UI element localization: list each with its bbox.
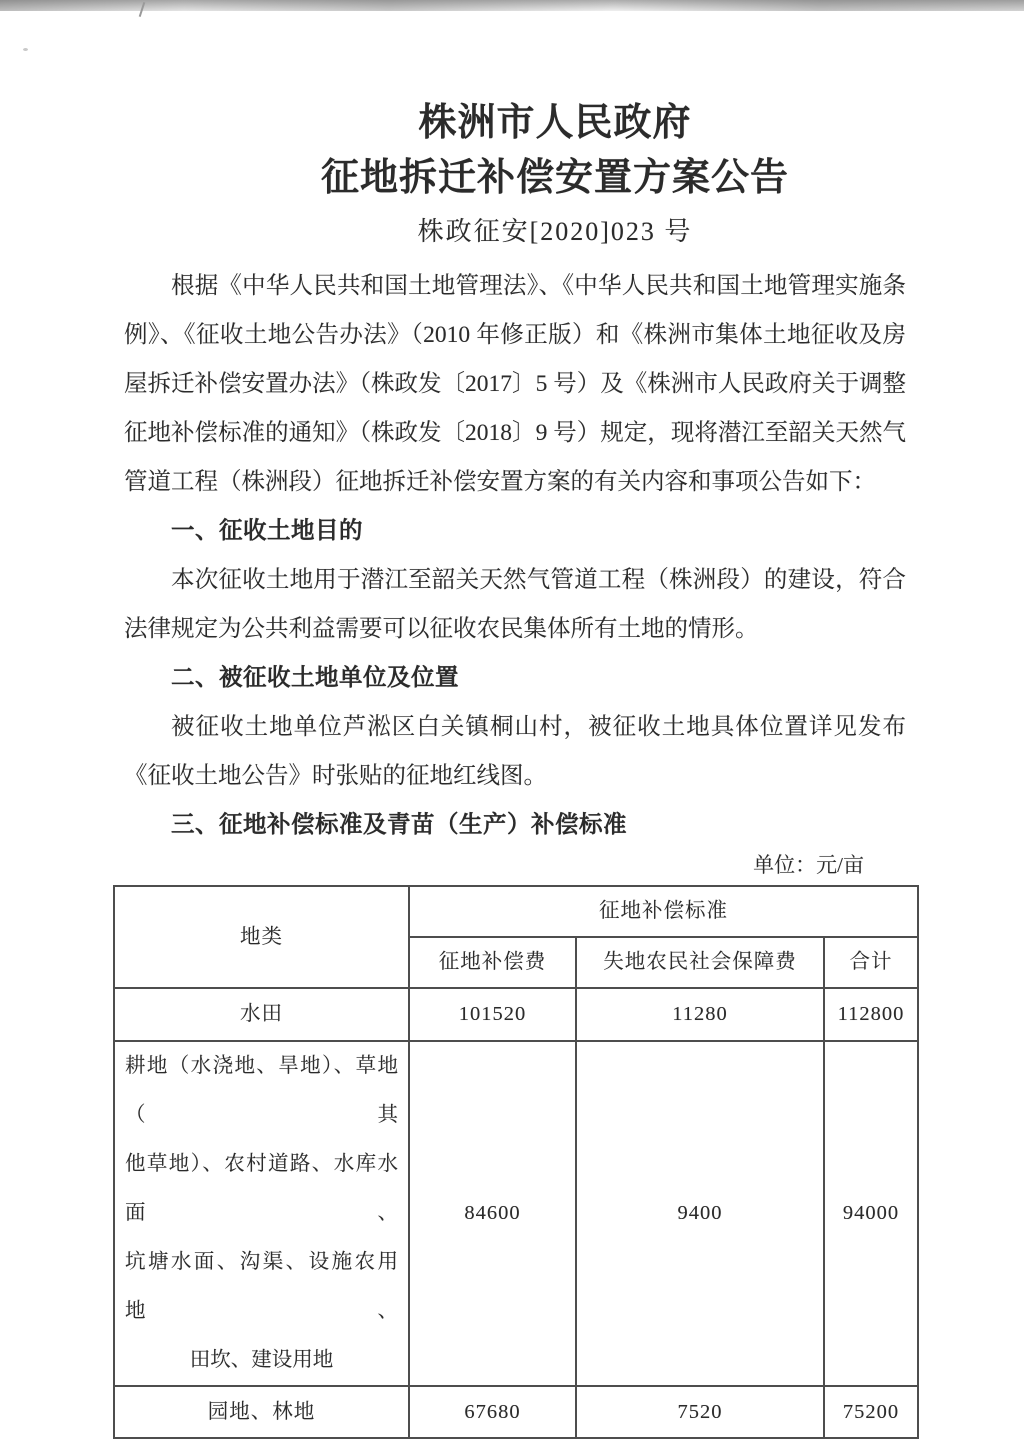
table-row-cultivated-land: 耕地（水浇地、旱地）、草地（其 他草地）、农村道路、水库水面、 坑塘水面、沟渠、… — [114, 1041, 918, 1386]
header-cell-compensation-standard: 征地补偿标准 — [409, 886, 918, 937]
land-type-line: 耕地（水浇地、旱地）、草地（其 — [125, 1042, 398, 1140]
scan-artifact-top-edge — [0, 0, 1024, 11]
table-unit-note: 单位：元/亩 — [124, 851, 906, 879]
section1-heading: 一、征收土地目的 — [124, 507, 906, 556]
cell-total: 75200 — [824, 1386, 918, 1438]
cell-social-security-fee: 7520 — [576, 1386, 824, 1438]
document-header: 株洲市人民政府 征地拆迁补偿安置方案公告 株政征安[2020]023 号 — [0, 0, 1024, 251]
section2-paragraph: 被征收土地单位芦淞区白关镇桐山村，被征收土地具体位置详见发布《征收土地公告》时张… — [124, 703, 906, 801]
cell-total: 94000 — [824, 1041, 918, 1386]
land-type-line: 田坎、建设用地 — [125, 1336, 398, 1385]
doc-title-line1: 株洲市人民政府 — [86, 96, 1024, 151]
cell-total: 112800 — [824, 988, 918, 1041]
section3-heading: 三、征地补偿标准及青苗（生产）补偿标准 — [124, 801, 906, 850]
cell-compensation-fee: 67680 — [409, 1386, 576, 1438]
cell-compensation-fee: 84600 — [409, 1041, 576, 1386]
land-type-line: 坑塘水面、沟渠、设施农用地、 — [125, 1238, 398, 1336]
section2-heading: 二、被征收土地单位及位置 — [124, 654, 906, 703]
doc-number: 株政征安[2020]023 号 — [86, 213, 1024, 251]
section1-paragraph: 本次征收土地用于潜江至韶关天然气管道工程（株洲段）的建设，符合法律规定为公共利益… — [124, 556, 906, 654]
header-cell-total: 合计 — [824, 937, 918, 988]
document-page: 株洲市人民政府 征地拆迁补偿安置方案公告 株政征安[2020]023 号 根据《… — [0, 0, 1024, 1451]
table-row-garden-forest-land: 园地、林地 67680 7520 75200 — [114, 1386, 918, 1438]
table-row-paddy-field: 水田 101520 11280 112800 — [114, 988, 918, 1041]
cell-compensation-fee: 101520 — [409, 988, 576, 1041]
header-cell-land-compensation-fee: 征地补偿费 — [409, 937, 576, 988]
scan-artifact-speck — [23, 48, 28, 51]
compensation-table: 地类 征地补偿标准 征地补偿费 失地农民社会保障费 合计 水田 101520 1… — [113, 885, 919, 1439]
cell-social-security-fee: 11280 — [576, 988, 824, 1041]
land-type-line: 他草地）、农村道路、水库水面、 — [125, 1140, 398, 1238]
table-header-row-group: 地类 征地补偿标准 — [114, 886, 918, 937]
header-cell-land-type: 地类 — [114, 886, 409, 988]
cell-land-type: 园地、林地 — [114, 1386, 409, 1438]
document-body: 根据《中华人民共和国土地管理法》、《中华人民共和国土地管理实施条例》、《征收土地… — [0, 251, 1024, 1439]
paragraph-legal-basis: 根据《中华人民共和国土地管理法》、《中华人民共和国土地管理实施条例》、《征收土地… — [124, 262, 906, 507]
doc-title-line2: 征地拆迁补偿安置方案公告 — [86, 151, 1024, 206]
cell-land-type: 耕地（水浇地、旱地）、草地（其 他草地）、农村道路、水库水面、 坑塘水面、沟渠、… — [114, 1041, 409, 1386]
header-cell-social-security-fee: 失地农民社会保障费 — [576, 937, 824, 988]
cell-land-type: 水田 — [114, 988, 409, 1041]
cell-social-security-fee: 9400 — [576, 1041, 824, 1386]
